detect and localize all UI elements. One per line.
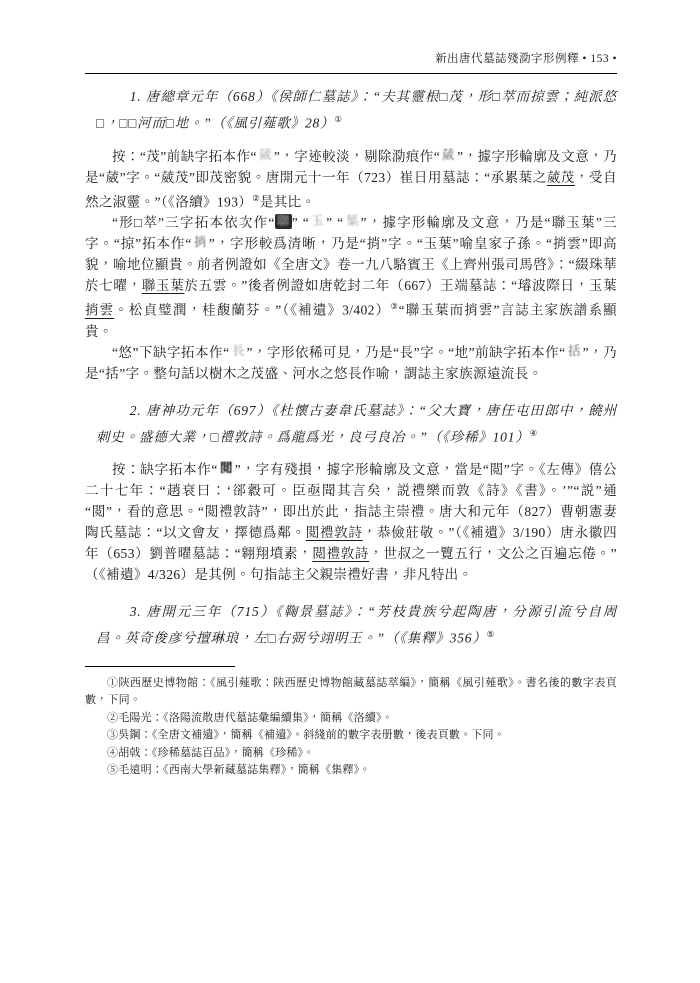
rubbing-glyph-image: 長 [229,344,246,359]
running-header-text: 新出唐代墓誌殘泐字形例釋 • 153 • [435,53,617,65]
rubbing-glyph-image: 閲 [218,461,235,476]
rubbing-glyph-char: 閲 [220,461,233,475]
rubbing-glyph-char: 聯 [277,214,290,228]
document-page: 新出唐代墓誌殘泐字形例釋 • 153 • 1. 唐總章元年（668）《侯師仁墓誌… [0,0,700,983]
underlined-term: 捎雲 [85,303,114,318]
rubbing-glyph-char: 葳 [442,148,455,162]
commentary-paragraph: “悠”下缺字拓本作“長”，字形依稀可見，乃是“長”字。“地”前缺字拓本作“括”，… [85,342,617,384]
rubbing-glyph-char: 葳 [258,148,272,163]
rubbing-glyph-char: 捎 [194,235,207,249]
footnote-reference: ③ [390,301,398,311]
commentary-paragraph: 按：缺字拓本作“閲”，字有殘損，據字形輪廓及文意，當是“閲”字。《左傳》僖公二十… [85,459,617,585]
underlined-term: 葳茂 [547,170,575,185]
rubbing-glyph-image: 捎 [192,235,209,250]
running-header: 新出唐代墓誌殘泐字形例釋 • 153 • [85,50,617,74]
rubbing-glyph-image: 葉 [344,214,361,229]
underlined-term: 閲禮敦詩 [312,546,369,561]
rubbing-glyph-image: 葳 [257,148,274,163]
footnote-section: ①陝西歷史博物館：《風引薤歌：陝西歷史博物館藏墓誌萃編》，簡稱《風引薤歌》。書名… [85,675,617,780]
footnote: ⑤毛遠明：《西南大學新藏墓誌集釋》，簡稱《集釋》。 [85,762,617,780]
commentary-paragraph: 按：“茂”前缺字拓本作“葳”，字迹較淡，剔除泐痕作“葳”，據字形輪廓及文意，乃是… [85,146,617,213]
rubbing-glyph-image: 葳 [440,148,457,163]
footnote-reference: ① [334,114,342,124]
rubbing-glyph-image: 括 [566,344,583,359]
rubbing-glyph-char: 括 [568,344,581,358]
quote-paragraph: 3. 唐開元三年（715）《鞠景墓誌》：“芳枝貴族兮起陶唐，分源引流兮自周昌。英… [96,601,617,650]
footnote: ①陝西歷史博物館：《風引薤歌：陝西歷史博物館藏墓誌萃編》，簡稱《風引薤歌》。書名… [85,675,617,710]
underlined-term: 聯玉葉 [142,278,185,293]
footnote-reference: ④ [530,428,538,438]
document-body: 1. 唐總章元年（668）《侯師仁墓誌》：“夫其靈根□茂，形□萃而掠雲；純派悠□… [85,86,617,650]
rubbing-glyph-image: 聯 [275,214,292,229]
footnote-reference: ② [252,193,260,203]
rubbing-glyph-char: 玉 [311,214,325,229]
commentary-paragraph: “形□萃”三字拓本依次作“聯” “玉” “葉”，據字形輪廓及文意，乃是“聯玉葉”… [85,212,617,342]
footnote-separator [85,666,235,667]
footnote-reference: ⑤ [487,629,495,639]
footnote: ④胡戟：《珍稀墓誌百品》，簡稱《珍稀》。 [85,745,617,763]
rubbing-glyph-image: 玉 [309,214,326,229]
quote-paragraph: 2. 唐神功元年（697）《杜懷古妻韋氏墓誌》：“父大寶，唐任屯田郎中，饒州刺史… [96,400,617,449]
underlined-term: 閲禮敦詩 [306,525,363,540]
footnote: ③吳鋼：《全唐文補遺》，簡稱《補遺》。斜綫前的數字表册數，後表頁數。下同。 [85,727,617,745]
rubbing-glyph-char: 葉 [345,214,359,229]
rubbing-glyph-char: 長 [231,344,245,359]
footnote: ②毛陽光：《洛陽流散唐代墓誌彙編續集》，簡稱《洛續》。 [85,710,617,728]
quote-paragraph: 1. 唐總章元年（668）《侯師仁墓誌》：“夫其靈根□茂，形□萃而掠雲；純派悠□… [96,86,617,135]
